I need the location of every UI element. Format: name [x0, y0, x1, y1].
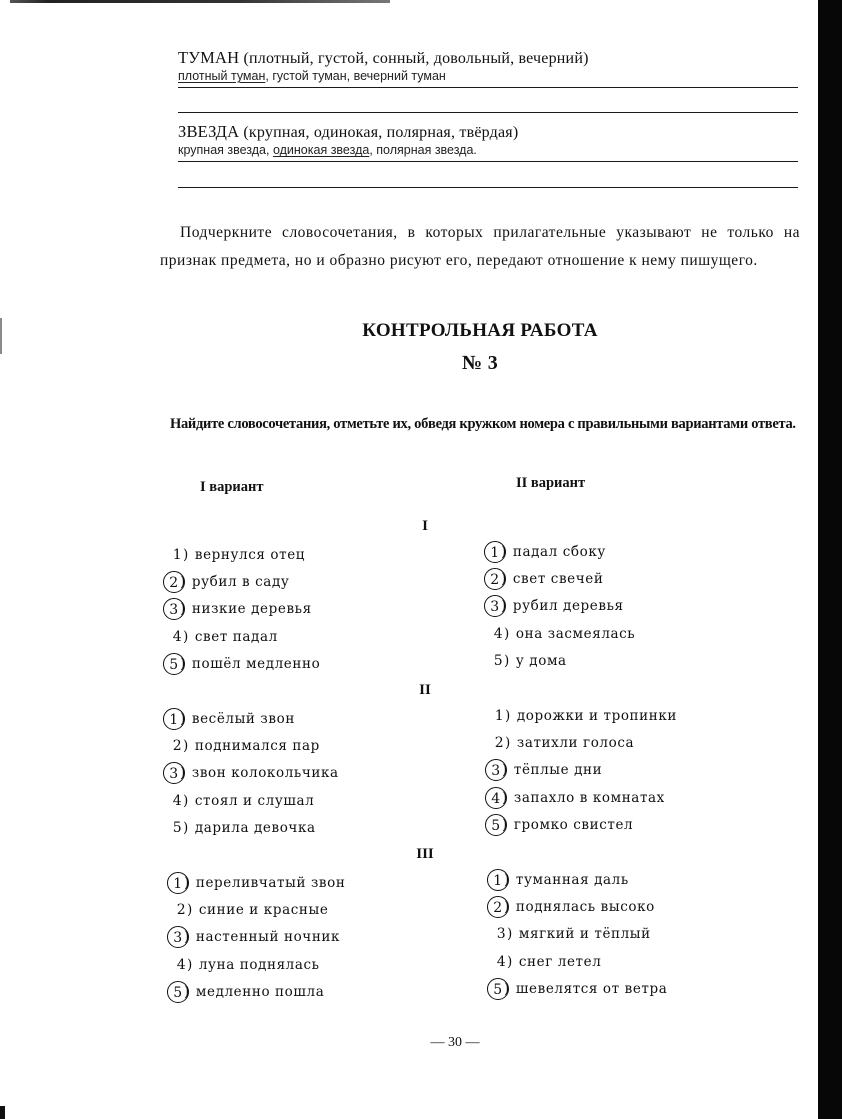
- task-instruction: Найдите словосочетания, отметьте их, обв…: [162, 409, 802, 439]
- option-text: шевелятся от ветра: [516, 981, 668, 997]
- exercise-adjectives: (плотный, густой, сонный, довольный, веч…: [243, 50, 588, 67]
- answer-underlined: плотный туман: [178, 69, 265, 83]
- exercise-zvezda: ЗВЕЗДА (крупная, одинокая, полярная, твё…: [178, 122, 798, 157]
- paren: ): [505, 735, 511, 751]
- answer-option[interactable]: 4)снег летел: [487, 948, 787, 975]
- answer-option[interactable]: 5)у дома: [484, 648, 784, 675]
- option-text: вернулся отец: [195, 547, 305, 563]
- option-text: свет падал: [195, 629, 278, 645]
- section-2-variant-1: 1)весёлый звон2)поднимался пар3)звон кол…: [163, 705, 463, 842]
- option-text: стоял и слушал: [195, 793, 315, 809]
- variant-2-label: II вариант: [516, 475, 585, 492]
- paren: ): [504, 626, 510, 642]
- section-1-variant-1: 1)вернулся отец2)рубил в саду3)низкие де…: [163, 541, 463, 678]
- section-3-variant-2: 1)туманная даль2)поднялась высоко3)мягки…: [487, 866, 787, 1003]
- paren: ): [501, 544, 507, 560]
- paren: ): [502, 817, 508, 833]
- paren: ): [504, 981, 510, 997]
- paren: ): [180, 765, 186, 781]
- option-text: падал сбоку: [513, 544, 606, 560]
- answer-option[interactable]: 2)затихли голоса: [485, 729, 785, 756]
- paren: ): [187, 957, 193, 973]
- section-3-variant-1: 1)переливчатый звон2)синие и красные3)на…: [167, 869, 467, 1006]
- answer-option[interactable]: 1)туманная даль: [487, 866, 787, 893]
- answer-option[interactable]: 3)звон колокольчика: [163, 760, 463, 787]
- paren: ): [184, 875, 190, 891]
- paren: ): [180, 601, 186, 617]
- answer-option[interactable]: 5)дарила девочка: [163, 815, 463, 842]
- option-text: весёлый звон: [192, 711, 295, 727]
- instruction-paragraph: Подчеркните словосочетания, в которых пр…: [160, 219, 800, 274]
- option-text: звон колокольчика: [192, 765, 339, 781]
- section-label: I: [400, 518, 450, 535]
- paren: ): [183, 547, 189, 563]
- answer-option[interactable]: 5)пошёл медленно: [163, 651, 463, 678]
- section-2-variant-2: 1)дорожки и тропинки2)затихли голоса3)тё…: [485, 702, 785, 839]
- paren: ): [505, 708, 511, 724]
- answer-underlined: одинокая звезда: [273, 143, 369, 157]
- option-text: мягкий и тёплый: [519, 926, 651, 942]
- option-text: переливчатый звон: [196, 875, 346, 891]
- option-text: туманная даль: [516, 872, 629, 888]
- answer-option[interactable]: 1)вернулся отец: [163, 541, 463, 568]
- answer-option[interactable]: 5)громко свистел: [485, 812, 785, 839]
- option-text: настенный ночник: [196, 929, 340, 945]
- option-text: громко свистел: [514, 817, 633, 833]
- task-text: Найдите словосочетания, отметьте их, обв…: [170, 416, 796, 432]
- answer-option[interactable]: 3)тёплые дни: [485, 757, 785, 784]
- answer-option[interactable]: 2)рубил в саду: [163, 568, 463, 595]
- answer-option[interactable]: 3)мягкий и тёплый: [487, 921, 787, 948]
- section-1-variant-2: 1)падал сбоку2)свет свечей3)рубил деревь…: [484, 538, 784, 675]
- exercise-noun: ТУМАН: [178, 48, 239, 67]
- answer-option[interactable]: 2)поднимался пар: [163, 732, 463, 759]
- answer-text: крупная звезда,: [178, 143, 273, 157]
- answer-option[interactable]: 4)свет падал: [163, 623, 463, 650]
- option-text: луна поднялась: [199, 957, 320, 973]
- scan-left-mark: [0, 318, 2, 354]
- paren: ): [187, 902, 193, 918]
- exercise-noun: ЗВЕЗДА: [178, 122, 239, 141]
- answer-line: [178, 187, 798, 188]
- answer-option[interactable]: 1)дорожки и тропинки: [485, 702, 785, 729]
- answer-option[interactable]: 3)низкие деревья: [163, 596, 463, 623]
- option-text: запахло в комнатах: [514, 790, 665, 806]
- answer-option[interactable]: 3)настенный ночник: [167, 924, 467, 951]
- answer-option[interactable]: 2)поднялась высоко: [487, 893, 787, 920]
- scan-right-edge: [818, 0, 842, 1119]
- paren: ): [180, 711, 186, 727]
- paren: ): [184, 984, 190, 1000]
- answer-option[interactable]: 4)стоял и слушал: [163, 787, 463, 814]
- answer-option[interactable]: 2)свет свечей: [484, 565, 784, 592]
- answer-option[interactable]: 2)синие и красные: [167, 896, 467, 923]
- option-text: медленно пошла: [196, 984, 324, 1000]
- paren: ): [501, 598, 507, 614]
- paren: ): [502, 790, 508, 806]
- page-title: КОНТРОЛЬНАЯ РАБОТА: [160, 320, 800, 342]
- exercise-answer: плотный туман, густой туман, вечерний ту…: [178, 69, 798, 83]
- exercise-answer: крупная звезда, одинокая звезда, полярна…: [178, 143, 798, 157]
- paren: ): [183, 738, 189, 754]
- option-text: дорожки и тропинки: [517, 708, 677, 724]
- option-text: снег летел: [519, 954, 602, 970]
- answer-option[interactable]: 5)медленно пошла: [167, 979, 467, 1006]
- option-text: поднялась высоко: [516, 899, 655, 915]
- page-number: — 30 —: [400, 1035, 510, 1051]
- option-text: у дома: [516, 653, 567, 669]
- answer-option[interactable]: 4)запахло в комнатах: [485, 784, 785, 811]
- option-text: поднимался пар: [195, 738, 320, 754]
- option-text: она засмеялась: [516, 626, 635, 642]
- variant-1-label: I вариант: [200, 479, 264, 496]
- paren: ): [507, 926, 513, 942]
- paren: ): [504, 899, 510, 915]
- paren: ): [504, 872, 510, 888]
- paren: ): [180, 574, 186, 590]
- exercise-heading: ТУМАН (плотный, густой, сонный, довольны…: [178, 48, 798, 68]
- exercise-adjectives: (крупная, одинокая, полярная, твёрдая): [243, 124, 518, 141]
- answer-option[interactable]: 4)луна поднялась: [167, 951, 467, 978]
- option-text: синие и красные: [199, 902, 329, 918]
- scan-top-edge: [10, 0, 390, 3]
- option-text: свет свечей: [513, 571, 604, 587]
- answer-option[interactable]: 4)она засмеялась: [484, 620, 784, 647]
- option-text: пошёл медленно: [192, 656, 320, 672]
- instruction-text: Подчеркните словосочетания, в которых пр…: [160, 224, 800, 269]
- scan-bottom-left: [0, 1106, 5, 1119]
- option-text: затихли голоса: [517, 735, 634, 751]
- answer-option[interactable]: 1)падал сбоку: [484, 538, 784, 565]
- option-text: низкие деревья: [192, 601, 312, 617]
- paren: ): [504, 653, 510, 669]
- answer-option[interactable]: 5)шевелятся от ветра: [487, 976, 787, 1003]
- page-subtitle: № 3: [160, 352, 800, 375]
- section-label: II: [400, 682, 450, 699]
- answer-line: [178, 161, 798, 162]
- option-text: тёплые дни: [514, 762, 602, 778]
- paren: ): [183, 629, 189, 645]
- paren: ): [501, 571, 507, 587]
- paren: ): [180, 656, 186, 672]
- answer-text: , густой туман, вечерний туман: [265, 69, 445, 83]
- paren: ): [183, 820, 189, 836]
- option-text: дарила девочка: [195, 820, 316, 836]
- paren: ): [184, 929, 190, 945]
- exercise-heading: ЗВЕЗДА (крупная, одинокая, полярная, твё…: [178, 122, 798, 142]
- answer-line: [178, 87, 798, 88]
- exercise-tuman: ТУМАН (плотный, густой, сонный, довольны…: [178, 48, 798, 83]
- paren: ): [183, 793, 189, 809]
- paren: ): [507, 954, 513, 970]
- answer-option[interactable]: 3)рубил деревья: [484, 593, 784, 620]
- paren: ): [502, 762, 508, 778]
- option-text: рубил в саду: [192, 574, 290, 590]
- option-text: рубил деревья: [513, 598, 624, 614]
- answer-text: , полярная звезда.: [369, 143, 477, 157]
- answer-option[interactable]: 1)весёлый звон: [163, 705, 463, 732]
- section-label: III: [400, 846, 450, 863]
- answer-option[interactable]: 1)переливчатый звон: [167, 869, 467, 896]
- answer-line: [178, 112, 798, 113]
